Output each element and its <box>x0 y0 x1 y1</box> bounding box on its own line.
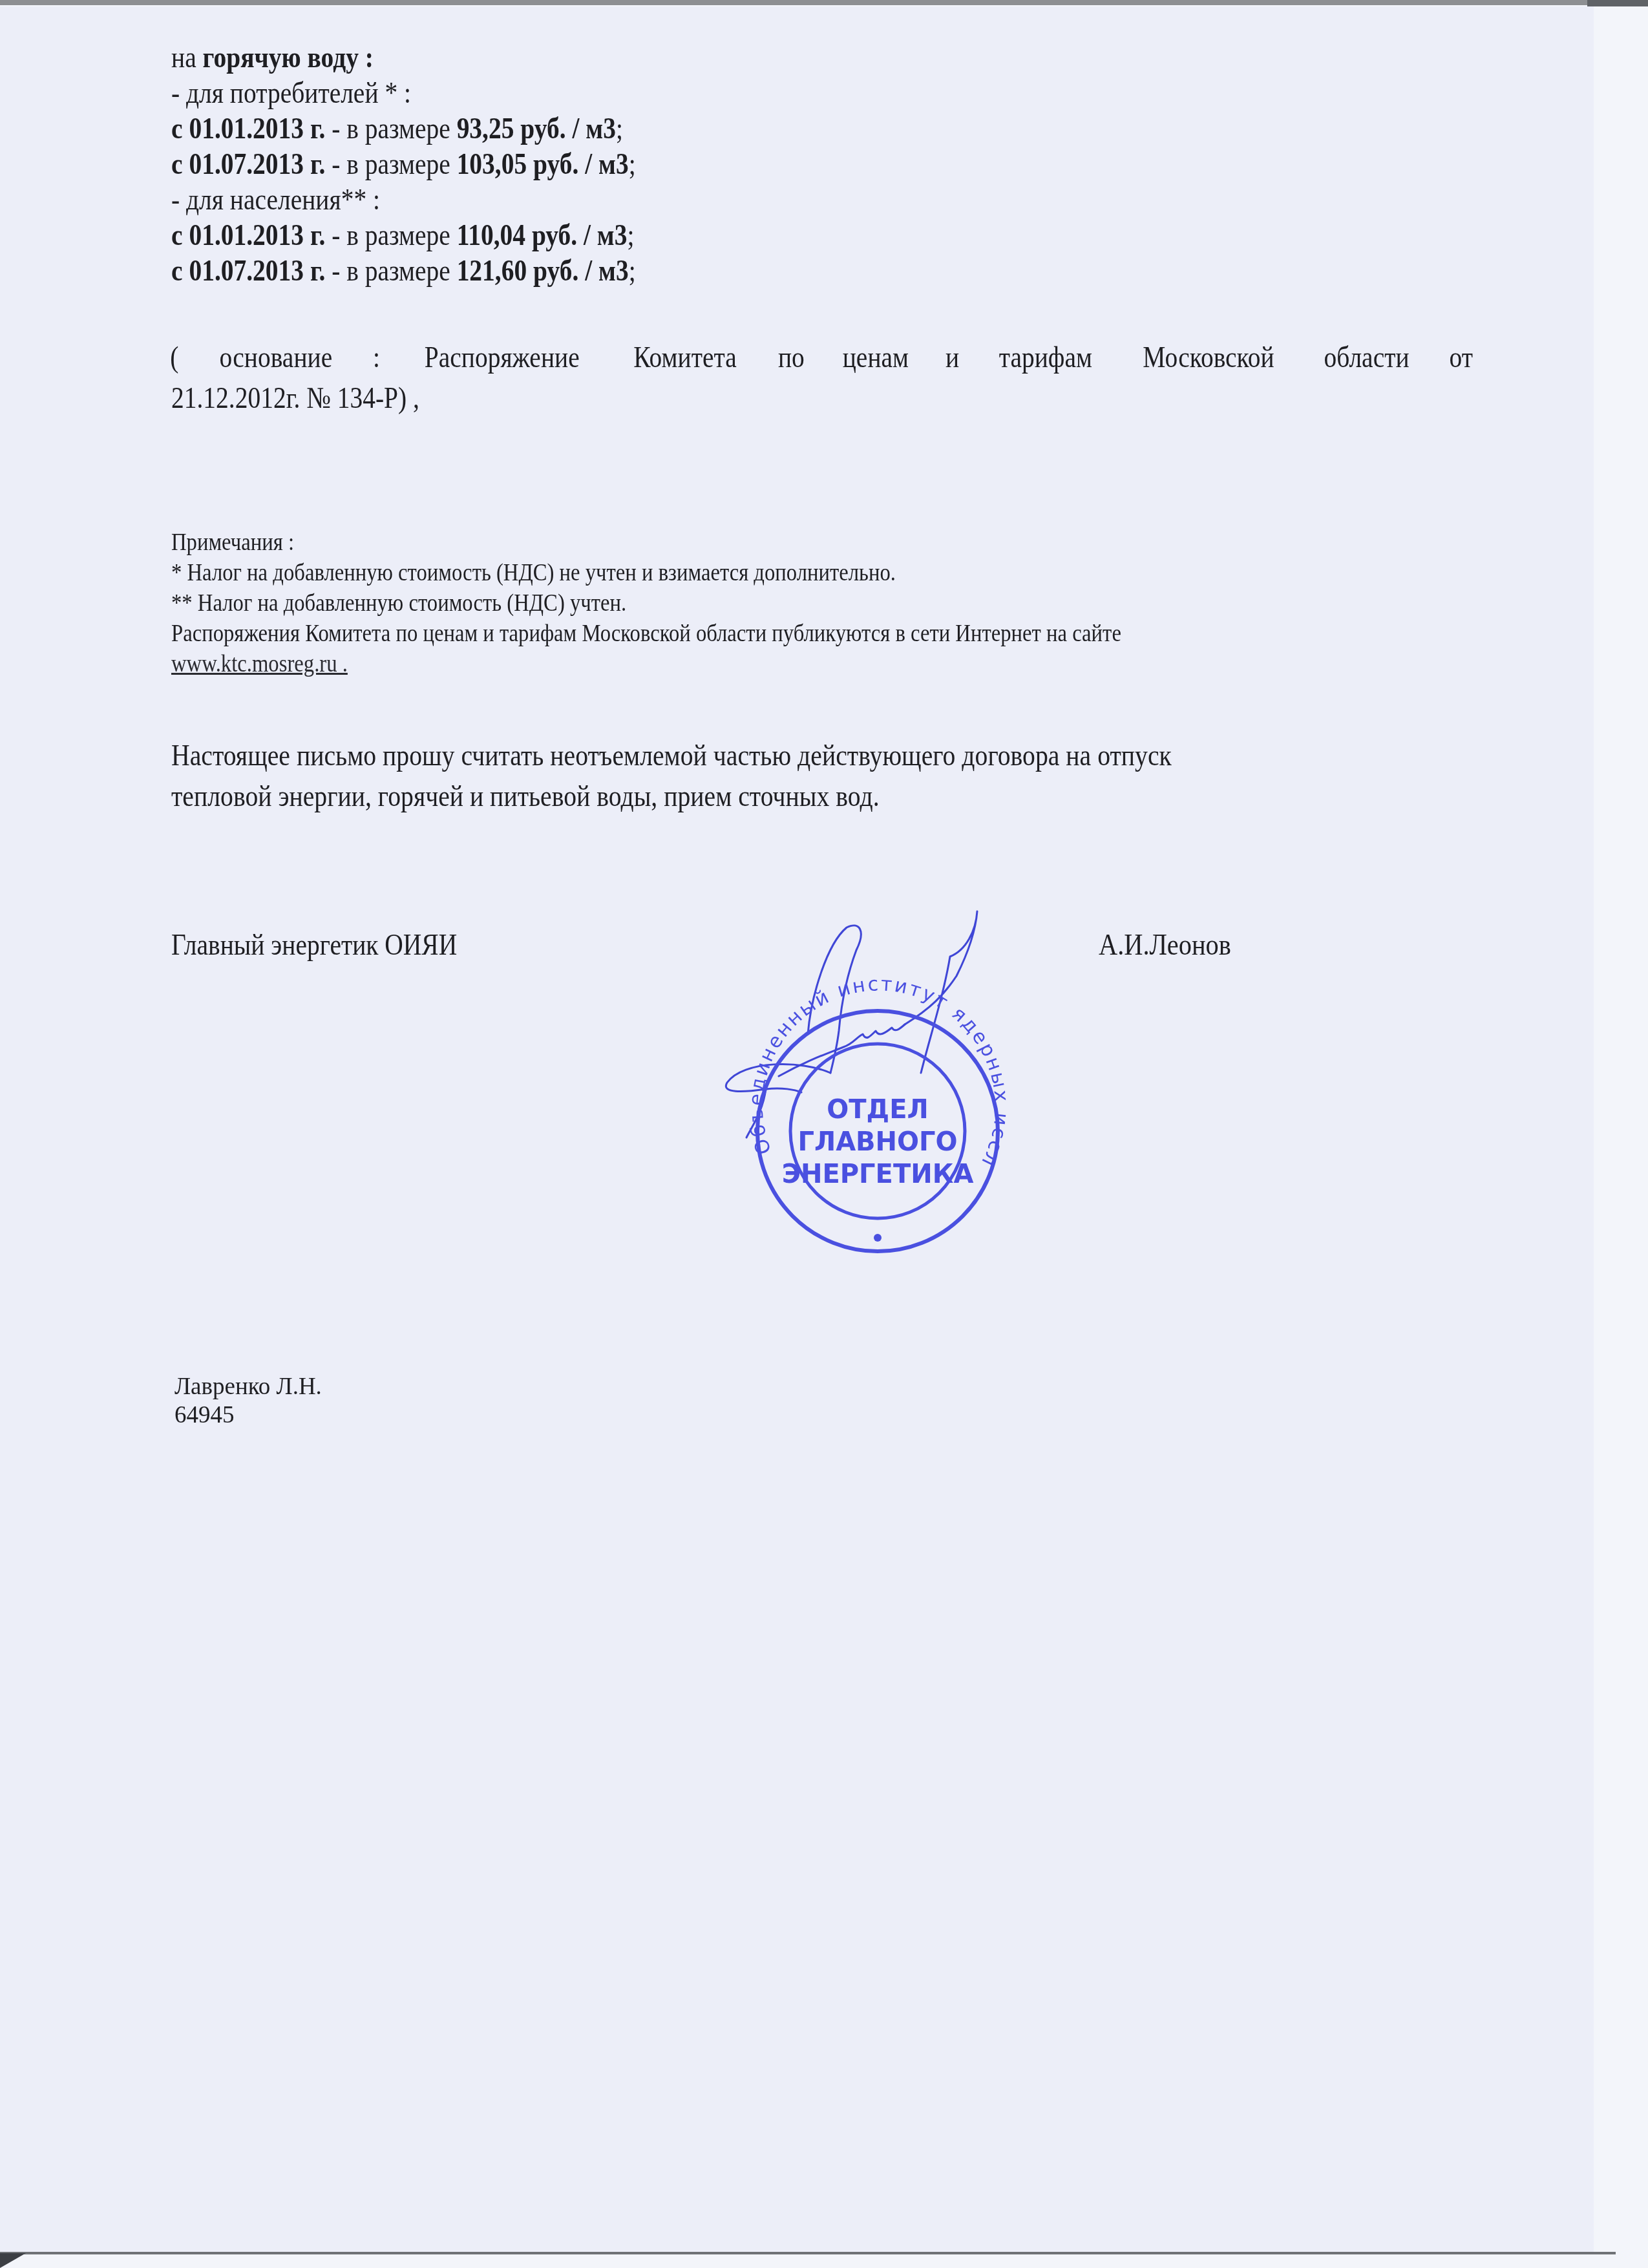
basis-word: Комитета <box>633 340 737 375</box>
rate-value: 121,60 руб. / м3 <box>457 254 629 288</box>
stamp-center-line: ОТДЕЛ <box>827 1095 928 1125</box>
executor-name: Лавренко Л.Н. <box>174 1373 322 1401</box>
rate-mid: - в размере <box>325 218 456 252</box>
basis-line-2: 21.12.2012г. № 134-Р) , <box>171 381 419 416</box>
stamp-center-line: ГЛАВНОГО <box>798 1127 957 1157</box>
population-label: - для населения** : <box>171 182 380 217</box>
rate-date: 01.07.2013 г. <box>189 254 325 288</box>
rate-suffix: ; <box>629 147 636 181</box>
rate-prefix: с <box>171 254 189 288</box>
rate-value: 103,05 руб. / м3 <box>457 147 629 181</box>
basis-word: и <box>945 340 959 375</box>
basis-word: : <box>373 340 380 375</box>
signatory-position: Главный энергетик ОИЯИ <box>171 927 457 962</box>
scan-bottom-edge <box>0 2252 1616 2254</box>
rate-date: 01.01.2013 г. <box>189 112 325 145</box>
scan-corner-edge <box>1587 0 1648 6</box>
tariff-heading: на горячую воду : <box>171 40 374 75</box>
basis-word: по <box>778 340 805 375</box>
stamp-center-line: ЭНЕРГЕТИКА <box>782 1160 974 1189</box>
rate-value: 93,25 руб. / м3 <box>457 112 616 145</box>
basis-word: основание <box>220 340 333 375</box>
rate-mid: - в размере <box>325 254 456 288</box>
rate-date: 01.01.2013 г. <box>189 218 325 252</box>
rate-suffix: ; <box>629 254 636 288</box>
basis-word: тарифам <box>999 340 1092 375</box>
note-item: * Налог на добавленную стоимость (НДС) н… <box>171 558 896 587</box>
scan-bottom-corner <box>0 2253 26 2268</box>
note-item: ** Налог на добавленную стоимость (НДС) … <box>171 589 626 617</box>
basis-word: Московской <box>1143 340 1274 375</box>
consumers-label: - для потребителей * : <box>171 76 411 111</box>
stamp-ring-text: Объединенный институт ядерных исследован… <box>672 866 1013 1171</box>
notes-title: Примечания : <box>171 528 294 556</box>
population-rate-row: с 01.01.2013 г. - в размере 110,04 руб. … <box>171 218 634 253</box>
basis-word: области <box>1324 340 1410 375</box>
basis-word: ценам <box>843 340 909 375</box>
rate-prefix: с <box>171 112 189 145</box>
basis-word: Распоряжение <box>425 340 580 375</box>
statement-line-1: Настоящее письмо прошу считать неотъемле… <box>171 738 1172 773</box>
population-rate-row: с 01.07.2013 г. - в размере 121,60 руб. … <box>171 253 636 288</box>
executor-phone: 64945 <box>174 1401 235 1429</box>
basis-line-1: (основание:РаспоряжениеКомитетапоценамит… <box>169 340 1475 375</box>
rate-value: 110,04 руб. / м3 <box>457 218 628 252</box>
heading-prefix: на <box>171 41 203 74</box>
basis-word: ( <box>170 340 178 375</box>
statement-line-2: тепловой энергии, горячей и питьевой вод… <box>171 779 880 814</box>
rate-prefix: с <box>171 147 189 181</box>
scan-top-edge <box>0 0 1648 5</box>
rate-mid: - в размере <box>325 112 456 145</box>
publication-note: Распоряжения Комитета по ценам и тарифам… <box>171 619 1121 648</box>
consumer-rate-row: с 01.07.2013 г. - в размере 103,05 руб. … <box>171 147 636 182</box>
rate-suffix: ; <box>616 112 623 145</box>
rate-prefix: с <box>171 218 189 252</box>
stamp-and-signature: Объединенный институт ядерных исследован… <box>672 866 1125 1306</box>
stamp-dot-icon <box>874 1234 882 1242</box>
rate-mid: - в размере <box>325 147 456 181</box>
heading-bold: горячую воду : <box>203 41 374 74</box>
rate-date: 01.07.2013 г. <box>189 147 325 181</box>
rate-suffix: ; <box>628 218 635 252</box>
ktc-website-link[interactable]: www.ktc.mosreg.ru . <box>171 650 348 678</box>
consumer-rate-row: с 01.01.2013 г. - в размере 93,25 руб. /… <box>171 111 623 146</box>
basis-word: от <box>1449 340 1472 375</box>
